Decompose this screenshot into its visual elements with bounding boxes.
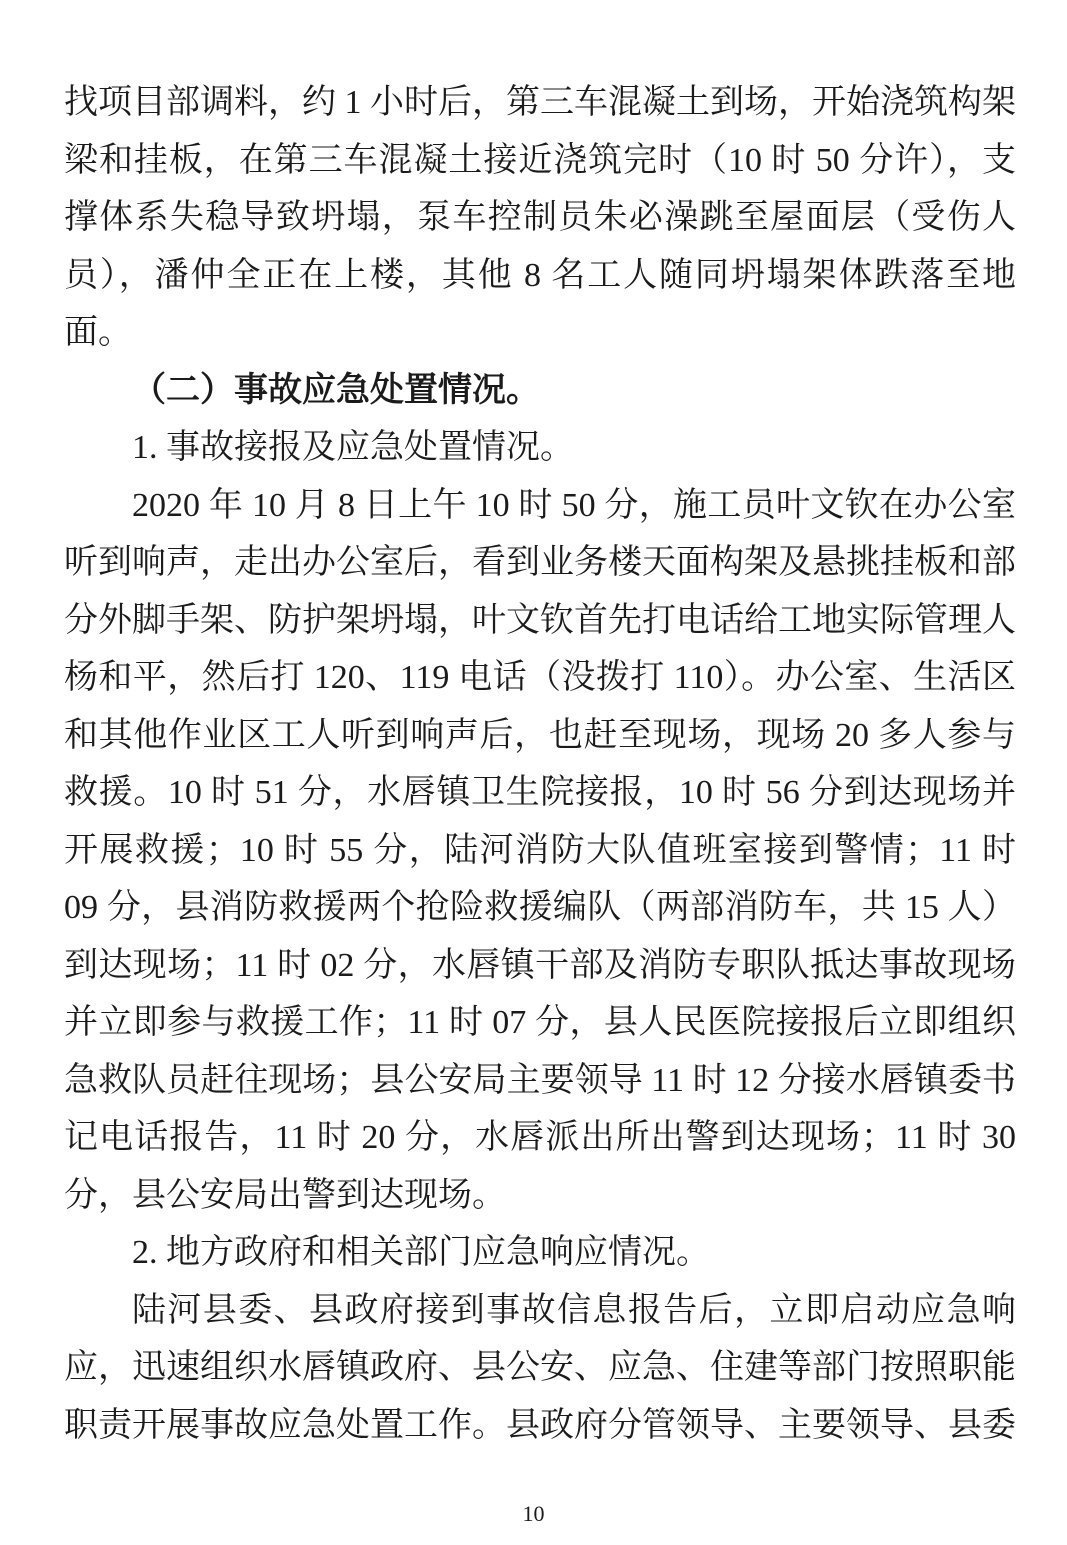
page-number: 10	[0, 1501, 1067, 1527]
section-heading: （二）事故应急处置情况。	[64, 362, 1016, 420]
document-page: 找项目部调料，约 1 小时后，第三车混凝土到场，开始浇筑构架梁和挂板，在第三车混…	[0, 0, 1067, 1545]
paragraph-government-response: 陆河县委、县政府接到事故信息报告后，立即启动应急响应，迅速组织水唇镇政府、县公安…	[64, 1282, 1016, 1455]
paragraph-emergency-response: 2020 年 10 月 8 日上午 10 时 50 分，施工员叶文钦在办公室听到…	[64, 477, 1016, 1225]
subsection-heading-2: 2. 地方政府和相关部门应急响应情况。	[64, 1224, 1016, 1282]
paragraph-continuation: 找项目部调料，约 1 小时后，第三车混凝土到场，开始浇筑构架梁和挂板，在第三车混…	[64, 74, 1016, 362]
document-body: 找项目部调料，约 1 小时后，第三车混凝土到场，开始浇筑构架梁和挂板，在第三车混…	[64, 74, 1016, 1454]
subsection-heading-1: 1. 事故接报及应急处置情况。	[64, 419, 1016, 477]
